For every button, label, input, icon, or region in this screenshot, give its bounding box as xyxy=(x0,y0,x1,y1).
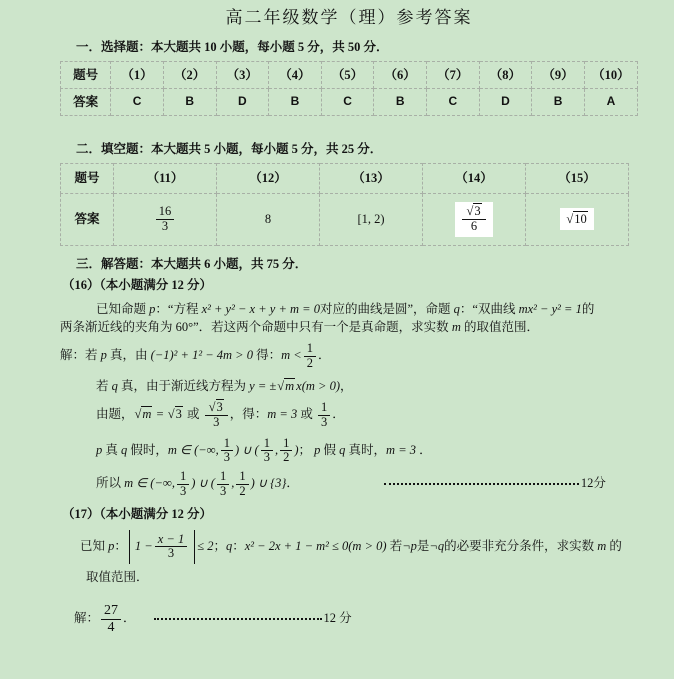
question-number: （6） xyxy=(374,61,427,88)
radical-sign: √ xyxy=(209,400,216,414)
math-run: m xyxy=(597,539,606,553)
question-number: （2） xyxy=(163,61,216,88)
denominator: 3 xyxy=(318,416,330,430)
sqrt-expression: √3 xyxy=(466,205,481,219)
numerator: 1 xyxy=(221,437,233,452)
question-number: （7） xyxy=(427,61,480,88)
text-run: 或 xyxy=(297,407,316,421)
blank-answer-table: 题号 （11） （12） （13） （14） （15） 答案 163 8 [1,… xyxy=(60,163,629,246)
answer-cell: C xyxy=(427,88,480,115)
fraction: 13 xyxy=(177,470,189,499)
text-run: 真，由 xyxy=(107,349,151,363)
answer-cell: D xyxy=(216,88,269,115)
question-number: （12） xyxy=(217,163,320,193)
answer-cell-14: √36 xyxy=(423,193,526,245)
text-run: 假时， xyxy=(127,443,168,457)
fraction: 12 xyxy=(236,470,248,499)
text-run: 的取值范围． xyxy=(461,320,539,334)
absolute-value-expression: 1 −x − 13 xyxy=(129,530,195,565)
problem16-heading: （16）（本小题满分 12 分） xyxy=(60,276,638,294)
question-number: （1） xyxy=(111,61,164,88)
equation-image-box: √36 xyxy=(455,202,492,237)
fraction: 13 xyxy=(261,437,273,466)
text-run: ． xyxy=(286,476,299,490)
text-run: 真，由于渐近线方程为 xyxy=(118,379,249,393)
radicand: 3 xyxy=(175,406,183,421)
sqrt-expression: √10 xyxy=(566,210,587,228)
radicand: m xyxy=(141,406,152,421)
fraction: √36 xyxy=(462,205,485,234)
answer-cell: B xyxy=(532,88,585,115)
score-label: 12 分 xyxy=(322,611,352,625)
text-run: ； xyxy=(299,443,315,457)
answer-cell: B xyxy=(269,88,322,115)
question-number: （13） xyxy=(320,163,423,193)
answer-cell: B xyxy=(374,88,427,115)
problem17-heading: （17）（本小题满分 12 分） xyxy=(60,505,638,523)
question-number: （11） xyxy=(114,163,217,193)
math-run: m xyxy=(452,320,461,334)
dotted-leader xyxy=(154,616,322,620)
denominator: 4 xyxy=(101,620,121,635)
table-row: 题号 （11） （12） （13） （14） （15） xyxy=(61,163,629,193)
table-row: 题号 （1） （2） （3） （4） （5） （6） （7） （8） （9） （… xyxy=(61,61,638,88)
question-number: （3） xyxy=(216,61,269,88)
answer-cell-15: √10 xyxy=(526,193,629,245)
section-heading-blank: 二．填空题：本大题共 5 小题，每小题 5 分，共 25 分． xyxy=(60,140,638,158)
dotted-leader xyxy=(384,481,579,485)
sqrt-expression: √3 xyxy=(168,405,183,423)
text-run: ：“方程 xyxy=(155,302,201,316)
question-number: （9） xyxy=(532,61,585,88)
math-run: ≤ 2 xyxy=(197,539,213,553)
fraction: x − 13 xyxy=(155,533,187,562)
fraction: 13 xyxy=(318,401,330,430)
text-run: ，得： xyxy=(230,407,268,421)
denominator: 2 xyxy=(280,451,292,465)
p17-intro-line1: 已知 p：1 −x − 13≤ 2；q：x² − 2x + 1 − m² ≤ 0… xyxy=(60,530,638,565)
text-run: 是 xyxy=(417,539,430,553)
math-run: m ∈ (−∞, xyxy=(124,476,175,490)
answer-cell: C xyxy=(321,88,374,115)
denominator: 3 xyxy=(205,416,228,430)
score-label: 12分 xyxy=(579,476,606,490)
text-run: 的 xyxy=(606,539,622,553)
text-run: 或 xyxy=(184,407,203,421)
numerator: √3 xyxy=(462,205,485,220)
numerator: 1 xyxy=(217,470,229,485)
denominator: 2 xyxy=(304,357,316,371)
question-number: （5） xyxy=(321,61,374,88)
document-page: 高二年级数学（理）参考答案 一．选择题：本大题共 10 小题，每小题 5 分，共… xyxy=(0,0,674,636)
p16-solution-line1: 解：若 p 真，由 (−1)² + 1² − 4m > 0 得：m <12． xyxy=(60,341,638,372)
math-run: m = 3 xyxy=(267,407,297,421)
math-run: , xyxy=(275,443,278,457)
denominator: 3 xyxy=(177,485,189,499)
text-run: 已知 xyxy=(80,539,108,553)
denominator: 3 xyxy=(217,485,229,499)
numerator: 1 xyxy=(318,401,330,416)
math-run: x(m > 0) xyxy=(296,379,340,393)
radicand: 10 xyxy=(573,211,588,226)
p17-intro-line2: 取值范围． xyxy=(60,568,638,586)
fraction: 163 xyxy=(156,205,175,234)
fraction: √33 xyxy=(205,401,228,430)
text-run: ． xyxy=(332,407,345,421)
p16-solution-line4: p 真 q 假时，m ∈ (−∞,13) ∪ (13,12)； p 假 q 真时… xyxy=(60,436,638,467)
p17-solution-line: 解：274．12 分 xyxy=(60,602,638,636)
answer-cell: C xyxy=(111,88,164,115)
denominator: 3 xyxy=(261,451,273,465)
math-run: (−1)² + 1² − 4m > 0 xyxy=(151,349,253,363)
sqrt-expression: √3 xyxy=(209,401,224,415)
math-run: 1 − xyxy=(135,539,153,553)
text-run: 解：若 xyxy=(60,349,101,363)
text-run: 对应的曲线是圆”，命题 xyxy=(320,302,454,316)
radicand: 3 xyxy=(216,399,224,414)
sqrt-expression: √m xyxy=(135,405,153,423)
section-heading-solve: 三．解答题：本大题共 6 小题，共 75 分． xyxy=(60,255,638,273)
fraction: 12 xyxy=(304,342,316,371)
math-run: y = ± xyxy=(249,379,276,393)
math-run: m ∈ (−∞, xyxy=(168,443,219,457)
text-run: 得： xyxy=(253,349,281,363)
text-run: 假 xyxy=(320,443,339,457)
denominator: 3 xyxy=(156,220,175,234)
numerator: 1 xyxy=(236,470,248,485)
text-run: = xyxy=(153,407,166,421)
math-run: m = 3 xyxy=(386,443,416,457)
math-run: , xyxy=(231,476,234,490)
text-run: ：“双曲线 xyxy=(460,302,519,316)
text-run: ． xyxy=(416,443,432,457)
text-run: 所以 xyxy=(96,476,124,490)
question-number: （10） xyxy=(584,61,637,88)
radicand: m xyxy=(284,378,295,393)
p16-solution-line3: 由题，√m = √3 或 √33，得：m = 3 或 13． xyxy=(60,400,638,431)
row-label-number: 题号 xyxy=(61,61,111,88)
question-number: （14） xyxy=(423,163,526,193)
text-run: ； xyxy=(213,539,226,553)
fraction: 13 xyxy=(221,437,233,466)
question-number: （15） xyxy=(526,163,629,193)
numerator: 1 xyxy=(177,470,189,485)
question-number: （8） xyxy=(479,61,532,88)
text-run: 的 xyxy=(582,302,595,316)
numerator: 16 xyxy=(156,205,175,220)
math-run: ) ∪ {3} xyxy=(251,476,287,490)
answer-cell: A xyxy=(584,88,637,115)
table-row: 答案 163 8 [1, 2) √36 √10 xyxy=(61,193,629,245)
text-run: 的必要非充分条件，求实数 xyxy=(444,539,597,553)
math-run: mx² − y² = 1 xyxy=(519,302,582,316)
math-run: x² + y² − x + y + m = 0 xyxy=(202,302,320,316)
math-run: ¬q xyxy=(429,539,444,553)
answer-cell-11: 163 xyxy=(114,193,217,245)
p16-intro-line2: 两条渐近线的夹角为 60°”．若这两个命题中只有一个是真命题，求实数 m 的取值… xyxy=(60,318,638,336)
text-run: ： xyxy=(232,539,245,553)
math-run: ¬p xyxy=(402,539,417,553)
numerator: 27 xyxy=(101,603,121,619)
numerator: 1 xyxy=(280,437,292,452)
page-title: 高二年级数学（理）参考答案 xyxy=(60,6,638,31)
text-run: 若 xyxy=(387,539,403,553)
text-run: 解： xyxy=(74,611,99,625)
answer-cell-13: [1, 2) xyxy=(320,193,423,245)
denominator: 2 xyxy=(236,485,248,499)
math-run: x² − 2x + 1 − m² ≤ 0(m > 0) xyxy=(245,539,387,553)
denominator: 3 xyxy=(155,547,187,561)
text-run: 真 xyxy=(102,443,121,457)
text-run: ． xyxy=(318,349,331,363)
text-run: 由题， xyxy=(96,407,134,421)
math-run: ) ∪ ( xyxy=(191,476,215,490)
row-label-number: 题号 xyxy=(61,163,114,193)
fraction: 12 xyxy=(280,437,292,466)
question-number: （4） xyxy=(269,61,322,88)
equation-image-box: √10 xyxy=(560,208,593,230)
p16-solution-line5: 所以 m ∈ (−∞,13) ∪ (13,12) ∪ {3}．12分 xyxy=(60,469,638,500)
radical-sign: √ xyxy=(168,407,175,421)
text-run: 若 xyxy=(96,379,112,393)
table-row: 答案 C B D B C B C D B A xyxy=(61,88,638,115)
radicand: 3 xyxy=(473,203,481,218)
section-heading-choice: 一．选择题：本大题共 10 小题，每小题 5 分，共 50 分． xyxy=(60,38,638,56)
row-label-answer: 答案 xyxy=(61,88,111,115)
numerator: x − 1 xyxy=(155,533,187,548)
math-run: ) ∪ ( xyxy=(235,443,259,457)
answer-cell: D xyxy=(479,88,532,115)
numerator: √3 xyxy=(205,401,228,416)
fraction: 274 xyxy=(101,603,121,635)
text-run: ， xyxy=(340,379,353,393)
fraction: 13 xyxy=(217,470,229,499)
text-run: ： xyxy=(114,539,127,553)
denominator: 6 xyxy=(462,220,485,234)
text-run: 两条渐近线的夹角为 60°”．若这两个命题中只有一个是真命题，求实数 xyxy=(60,320,452,334)
p16-intro-line1: 已知命题 p：“方程 x² + y² − x + y + m = 0对应的曲线是… xyxy=(60,300,638,318)
numerator: 1 xyxy=(261,437,273,452)
text-run: 已知命题 xyxy=(96,302,149,316)
answer-cell: B xyxy=(163,88,216,115)
math-run: m < xyxy=(281,349,302,363)
sqrt-expression: √m xyxy=(277,377,295,395)
answer-cell-12: 8 xyxy=(217,193,320,245)
text-run: 真时， xyxy=(345,443,386,457)
text-run: ． xyxy=(123,611,136,625)
choice-answer-table: 题号 （1） （2） （3） （4） （5） （6） （7） （8） （9） （… xyxy=(60,61,638,116)
p16-solution-line2: 若 q 真，由于渐近线方程为 y = ±√mx(m > 0)， xyxy=(60,377,638,395)
denominator: 3 xyxy=(221,451,233,465)
row-label-answer: 答案 xyxy=(61,193,114,245)
numerator: 1 xyxy=(304,342,316,357)
